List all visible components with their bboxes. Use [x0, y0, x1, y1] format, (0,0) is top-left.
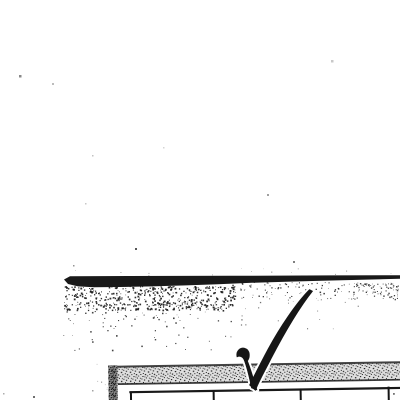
speckle-dot: [391, 288, 392, 289]
speckle-dot: [92, 390, 94, 392]
speckle-dot: [118, 299, 120, 301]
speckle-dot: [201, 300, 202, 301]
speckle-dot: [113, 307, 115, 309]
speckle-dot: [88, 303, 89, 304]
speckle-dot: [374, 292, 375, 293]
speckle-dot: [259, 296, 260, 297]
speckle-dot: [92, 155, 94, 157]
speckle-dot: [80, 295, 82, 297]
speckle-dot: [232, 285, 234, 287]
speckle-dot: [209, 300, 210, 301]
speckle-dot: [358, 306, 359, 307]
speckle-dot: [124, 304, 125, 305]
speckle-dot: [370, 285, 371, 286]
speckle-dot: [156, 315, 157, 316]
speckle-dot: [209, 287, 211, 289]
speckle-dot: [235, 296, 236, 297]
speckle-dot: [155, 339, 156, 340]
speckle-dot: [242, 315, 243, 316]
speckle-dot: [358, 287, 359, 288]
speckle-dot: [157, 317, 158, 318]
speckle-dot: [191, 305, 193, 307]
speckle-dot: [163, 305, 164, 306]
speckle-dot: [101, 298, 102, 299]
speckle-dot: [383, 295, 385, 297]
speckle-dot: [152, 302, 154, 304]
speckle-dot: [201, 306, 202, 307]
speckle-dot: [182, 305, 183, 306]
speckle-dot: [397, 298, 398, 299]
speckle-dot: [162, 293, 163, 294]
speckle-dot: [162, 296, 163, 297]
speckle-dot: [94, 286, 95, 287]
speckle-dot: [159, 295, 160, 296]
speckle-dot: [288, 303, 289, 304]
speckle-dot: [98, 304, 100, 306]
speckle-dot: [234, 298, 235, 299]
speckle-dot: [178, 305, 179, 306]
speckle-dot: [196, 301, 197, 302]
speckle-dot: [225, 302, 226, 303]
speckle-dot: [286, 284, 287, 285]
speckle-dot: [174, 308, 175, 309]
speckle-dot: [158, 305, 159, 306]
speckle-dot: [125, 310, 126, 311]
speckle-dot: [125, 295, 126, 296]
speckle-dot: [242, 283, 244, 285]
speckle-dot: [216, 301, 217, 302]
speckle-dot: [169, 305, 170, 306]
speckle-dot: [354, 294, 355, 295]
speckle-dot: [160, 298, 162, 300]
speckle-dot: [322, 285, 323, 286]
speckle-dot: [121, 310, 122, 311]
speckle-dot: [168, 311, 169, 312]
speckle-dot: [175, 322, 177, 324]
speckle-dot: [193, 291, 195, 293]
speckle-dot: [358, 283, 359, 284]
speckle-dot: [166, 313, 167, 314]
speckle-dot: [208, 296, 209, 297]
speckle-dot: [96, 303, 98, 305]
speckle-dot: [134, 319, 135, 320]
speckle-dot: [217, 298, 219, 300]
speckle-dot: [118, 320, 119, 321]
speckle-dot: [194, 291, 195, 292]
speckle-dot: [216, 304, 217, 305]
speckle-dot: [191, 308, 192, 309]
speckle-dot: [90, 295, 91, 296]
speckle-dot: [121, 272, 122, 273]
speckle-dot: [100, 305, 102, 307]
speckle-dot: [52, 83, 54, 85]
speckle-dot: [133, 290, 134, 291]
speckle-dot: [372, 293, 373, 294]
speckle-dot: [182, 308, 183, 309]
speckle-dot: [198, 307, 199, 308]
speckle-dot: [77, 310, 79, 312]
speckle-dot: [134, 301, 135, 302]
speckle-dot: [174, 286, 175, 287]
speckle-dot: [396, 286, 397, 287]
speckle-dot: [101, 291, 102, 292]
speckle-dot: [142, 286, 143, 287]
speckle-dot: [267, 282, 268, 283]
speckle-dot: [390, 287, 391, 288]
speckle-dot: [361, 285, 362, 286]
speckle-dot: [79, 348, 80, 349]
speckle-dot: [182, 303, 183, 304]
speckle-dot: [126, 316, 127, 317]
speckle-dot: [275, 288, 276, 289]
speckle-dot: [393, 290, 394, 291]
speckle-dot: [96, 297, 97, 298]
speckle-dot: [232, 297, 234, 299]
speckle-dot: [137, 296, 139, 298]
speckle-dot: [191, 291, 192, 292]
speckle-dot: [145, 292, 146, 293]
speckle-dot: [167, 301, 169, 303]
speckle-dot: [114, 304, 115, 305]
speckle-dot: [127, 292, 128, 293]
speckle-dot: [208, 288, 209, 289]
speckle-dot: [173, 318, 175, 320]
speckle-dot: [114, 328, 115, 329]
speckle-dot: [125, 288, 126, 289]
speckle-dot: [204, 305, 205, 306]
speckle-dot: [93, 308, 94, 309]
speckle-dot: [292, 282, 293, 283]
speckle-dot: [82, 294, 84, 296]
speckle-dot: [301, 292, 302, 293]
speckle-dot: [123, 288, 124, 289]
speckle-dot: [153, 292, 155, 294]
speckle-dot: [135, 292, 137, 294]
speckle-dot: [147, 289, 148, 290]
speckle-dot: [351, 299, 352, 300]
speckle-dot: [214, 308, 215, 309]
speckle-dot: [73, 323, 74, 324]
speckle-dot: [129, 299, 131, 301]
speckle-dot: [131, 325, 132, 326]
speckle-dot: [68, 288, 70, 290]
speckle-dot: [342, 285, 343, 286]
speckle-dot: [145, 301, 147, 303]
speckle-dot: [271, 272, 272, 273]
speckle-dot: [152, 309, 153, 310]
speckle-dot: [119, 298, 120, 299]
speckle-dot: [92, 302, 93, 303]
speckle-dot: [106, 306, 107, 307]
speckle-dot: [267, 291, 268, 292]
speckle-dot: [208, 299, 210, 301]
speckle-dot: [97, 364, 98, 365]
speckle-dot: [68, 318, 69, 319]
speckle-dot: [133, 306, 135, 308]
speckle-dot: [136, 302, 138, 304]
speckle-dot: [66, 298, 67, 299]
speckle-dot: [391, 296, 392, 297]
speckle-dot: [74, 299, 76, 301]
speckle-dot: [142, 313, 143, 314]
speckle-dot: [101, 382, 102, 383]
speckle-dot: [154, 304, 155, 305]
speckle-dot: [139, 298, 140, 299]
speckle-dot: [396, 289, 397, 290]
speckle-dot: [206, 301, 208, 303]
speckle-dot: [230, 300, 232, 302]
speckle-dot: [289, 297, 290, 298]
speckle-dot: [107, 293, 108, 294]
speckle-dot: [373, 286, 374, 287]
speckle-dot: [271, 292, 272, 293]
speckle-dot: [111, 305, 112, 306]
speckle-dot: [153, 298, 154, 299]
speckle-dot: [113, 297, 114, 298]
speckle-dot: [161, 287, 162, 288]
speckle-dot: [74, 350, 75, 351]
speckle-dot: [353, 296, 354, 297]
speckle-dot: [140, 289, 142, 291]
speckle-dot: [185, 303, 186, 304]
speckle-dot: [228, 289, 229, 290]
speckle-dot: [196, 297, 198, 299]
speckle-dot: [210, 290, 211, 291]
speckle-dot: [367, 291, 368, 292]
speckle-dot: [153, 317, 155, 319]
speckle-dot: [175, 288, 177, 290]
speckle-dot: [169, 303, 171, 305]
speckle-dot: [149, 294, 150, 295]
speckle-dot: [209, 341, 210, 342]
speckle-dot: [155, 330, 156, 331]
speckle-dot: [106, 303, 107, 304]
speckle-dot: [386, 290, 387, 291]
speckle-dot: [63, 335, 64, 336]
speckle-dot: [207, 288, 208, 289]
speckle-dot: [95, 311, 96, 312]
speckle-dot: [67, 311, 68, 312]
speckle-dot: [85, 313, 86, 314]
speckle-dot: [220, 287, 222, 289]
speckle-dot: [388, 293, 390, 295]
speckle-dot: [397, 296, 398, 297]
speckle-dot: [171, 304, 172, 305]
speckle-dot: [373, 292, 374, 293]
speckle-dot: [80, 288, 82, 290]
speckle-dot: [222, 301, 223, 302]
speckle-dot: [90, 289, 91, 290]
speckle-dot: [133, 287, 135, 289]
speckle-dot: [150, 288, 151, 289]
speckle-dot: [374, 285, 375, 286]
speckle-dot: [295, 287, 296, 288]
speckle-dot: [190, 314, 191, 315]
speckle-dot: [213, 308, 214, 309]
speckle-dot: [252, 297, 253, 298]
speckle-dot: [73, 289, 75, 291]
speckle-dot: [104, 318, 105, 319]
speckle-dot: [197, 308, 198, 309]
speckle-dot: [233, 291, 234, 292]
speckle-dot: [170, 289, 172, 291]
speckle-dot: [270, 285, 271, 286]
speckle-dot: [179, 288, 180, 289]
speckle-dot: [147, 304, 148, 305]
speckle-dot: [93, 290, 94, 291]
speckle-dot: [119, 291, 120, 292]
speckle-dot: [320, 292, 322, 294]
speckle-dot: [269, 298, 270, 299]
speckle-dot: [235, 292, 236, 293]
speckle-dot: [245, 308, 246, 309]
table-left-border: [108, 365, 118, 400]
speckle-dot: [122, 307, 124, 309]
speckle-dot: [131, 301, 132, 302]
speckle-dot: [225, 336, 226, 337]
speckle-dot: [241, 268, 242, 269]
speckle-dot: [254, 282, 255, 283]
speckle-dot: [72, 304, 73, 305]
speckle-dot: [180, 305, 182, 307]
speckle-dot: [383, 284, 384, 285]
speckle-dot: [72, 335, 73, 336]
speckle-dot: [363, 285, 364, 286]
speckle-dot: [180, 320, 181, 321]
speckle-dot: [172, 304, 173, 305]
speckle-dot: [180, 300, 181, 301]
speckle-dot: [163, 290, 164, 291]
speckle-dot: [163, 307, 164, 308]
speckle-dot: [298, 268, 299, 269]
speckle-dot: [337, 292, 338, 293]
speckle-dot: [321, 299, 322, 300]
speckle-dot: [92, 312, 94, 314]
speckle-dot: [70, 320, 71, 321]
speckle-dot: [212, 275, 213, 276]
speckle-dot: [116, 304, 117, 305]
speckle-dot: [162, 313, 164, 315]
speckle-dot: [233, 295, 235, 297]
table-left-border-texture: [108, 365, 118, 400]
speckle-dot: [292, 296, 293, 297]
speckle-dot: [92, 339, 93, 340]
speckle-dot: [85, 306, 86, 307]
speckle-dot: [369, 284, 370, 285]
speckle-dot: [202, 300, 204, 302]
speckle-dot: [115, 309, 116, 310]
speckle-dot: [228, 305, 229, 306]
speckle-dot: [147, 291, 149, 293]
speckle-dot: [69, 294, 70, 295]
speckle-dot: [117, 295, 118, 296]
speckle-dot: [285, 283, 286, 284]
speckle-dot: [224, 301, 225, 302]
speckle-dot: [116, 300, 118, 302]
speckle-dot: [186, 308, 187, 309]
speckle-dot: [218, 307, 219, 308]
speckle-dot: [228, 295, 230, 297]
speckle-dot: [200, 301, 201, 302]
speckle-dot: [363, 290, 364, 291]
speckle-dot: [183, 291, 184, 292]
speckle-dot: [78, 287, 79, 288]
speckle-dot: [164, 304, 165, 305]
speckle-dot: [67, 305, 68, 306]
speckle-dot: [201, 304, 203, 306]
speckle-dot: [241, 288, 242, 289]
speckle-dot: [260, 302, 261, 303]
speckle-dot: [335, 295, 336, 296]
speckle-dot: [374, 289, 375, 290]
speckle-dot: [165, 289, 167, 291]
speckle-dot: [74, 286, 76, 288]
speckle-dot: [385, 284, 386, 285]
speckle-dot: [288, 286, 289, 287]
speckle-dot: [194, 286, 196, 288]
speckle-dot: [377, 284, 378, 285]
speckle-dot: [317, 311, 318, 312]
speckle-dot: [311, 283, 312, 284]
speckle-dot: [96, 301, 98, 303]
speckle-dot: [207, 287, 208, 288]
speckle-dot: [178, 307, 179, 308]
speckle-dot: [391, 283, 392, 284]
speckle-dot: [206, 309, 207, 310]
speckle-dot: [104, 305, 106, 307]
speckle-dot: [166, 326, 168, 328]
speckle-dot: [391, 284, 392, 285]
speckle-dot: [96, 292, 98, 294]
speckle-dot: [111, 293, 113, 295]
speckle-dot: [224, 287, 225, 288]
speckle-dot: [264, 269, 265, 270]
speckle-dot: [395, 299, 396, 300]
speckle-dot: [66, 290, 67, 291]
speckle-dot: [227, 300, 229, 302]
speckle-dot: [266, 292, 267, 293]
speckle-dot: [398, 286, 399, 287]
speckle-dot: [106, 296, 107, 297]
speckle-dot: [110, 326, 111, 327]
speckle-dot: [380, 293, 381, 294]
speckle-dot: [318, 300, 319, 301]
speckle-dot: [120, 293, 121, 294]
speckle-dot: [377, 291, 378, 292]
speckle-dot: [86, 303, 88, 305]
speckle-dot: [166, 346, 167, 347]
speckle-dot: [19, 75, 22, 78]
speckle-dot: [130, 286, 131, 287]
speckle-dot: [209, 286, 210, 287]
speckle-dot: [334, 291, 335, 292]
speckle-dot: [178, 298, 179, 299]
speckle-dot: [144, 315, 145, 316]
speckle-dot: [391, 273, 392, 274]
speckle-dot: [333, 329, 334, 330]
speckle-dot: [126, 290, 127, 291]
speckle-dot: [159, 307, 160, 308]
speckle-dot: [138, 308, 140, 310]
speckle-dot: [103, 322, 104, 323]
speckle-dot: [66, 306, 68, 308]
speckle-dot: [129, 304, 130, 305]
speckle-dot: [225, 298, 226, 299]
speckle-dot: [105, 312, 107, 314]
speckle-dot: [189, 300, 190, 301]
speckle-dot: [222, 289, 223, 290]
speckle-dot: [165, 309, 166, 310]
